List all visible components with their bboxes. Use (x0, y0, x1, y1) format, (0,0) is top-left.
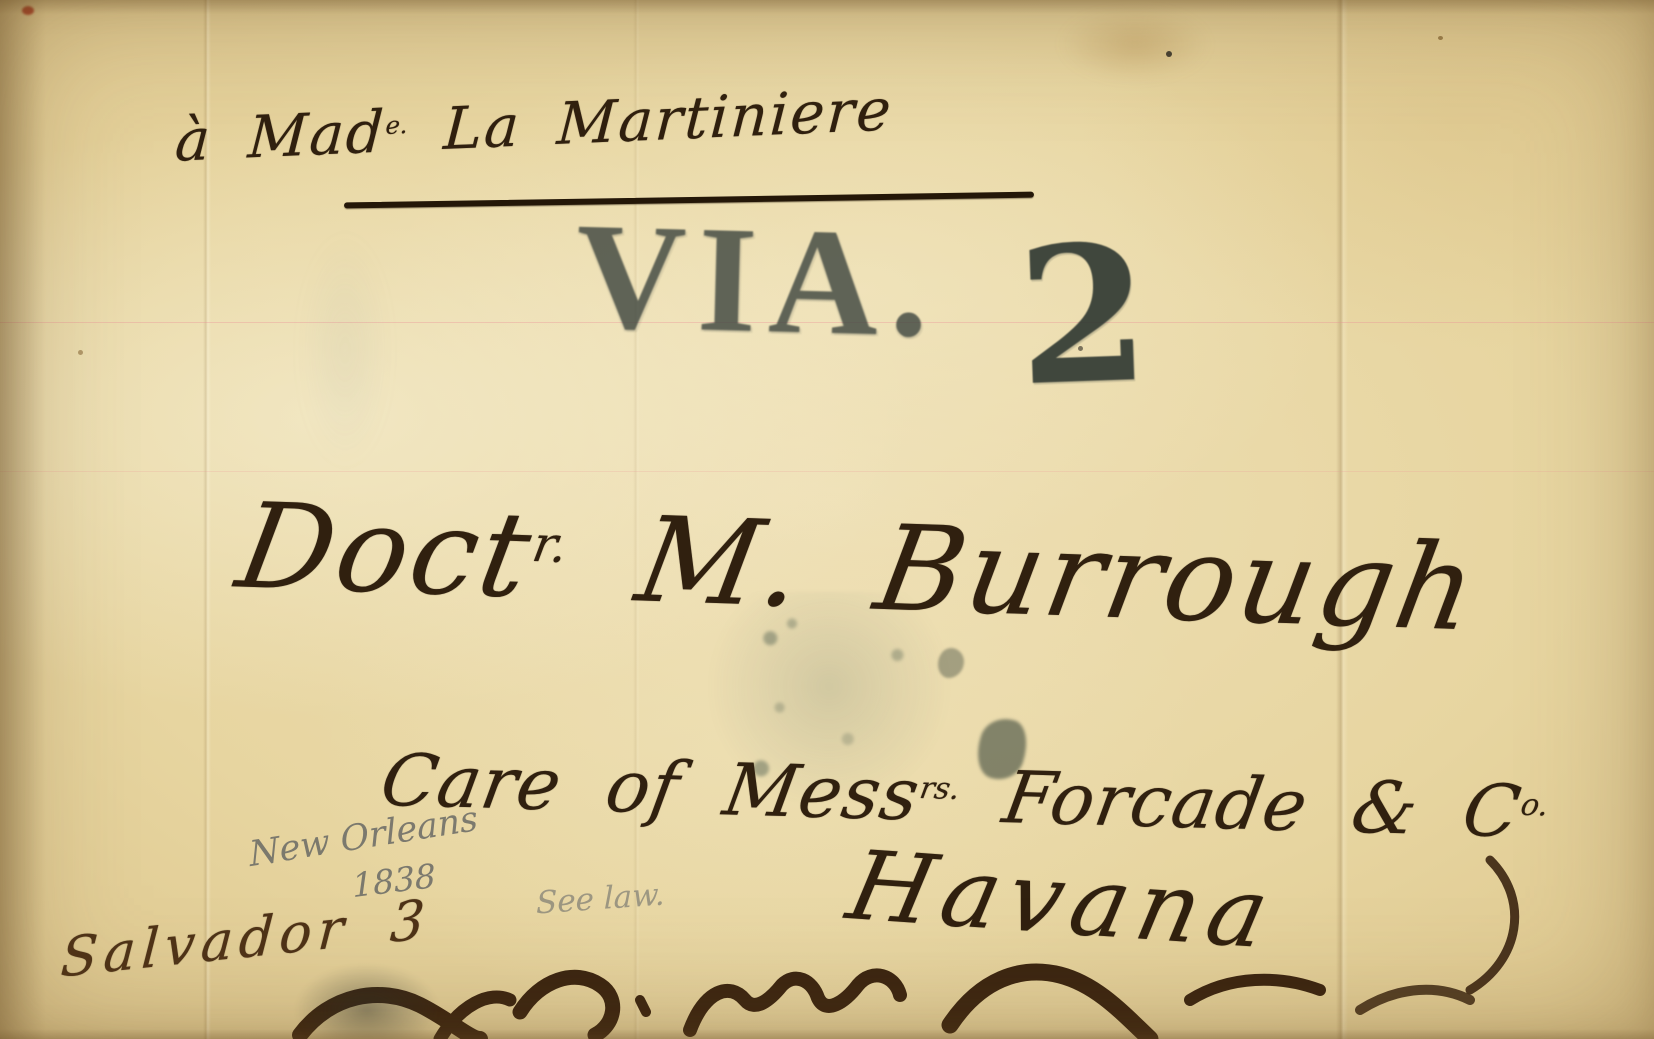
paper-vignette (0, 0, 1654, 1039)
postal-cover-scan: à Made. La Martiniere VIA. 2 Doctr. M. B… (0, 0, 1654, 1039)
